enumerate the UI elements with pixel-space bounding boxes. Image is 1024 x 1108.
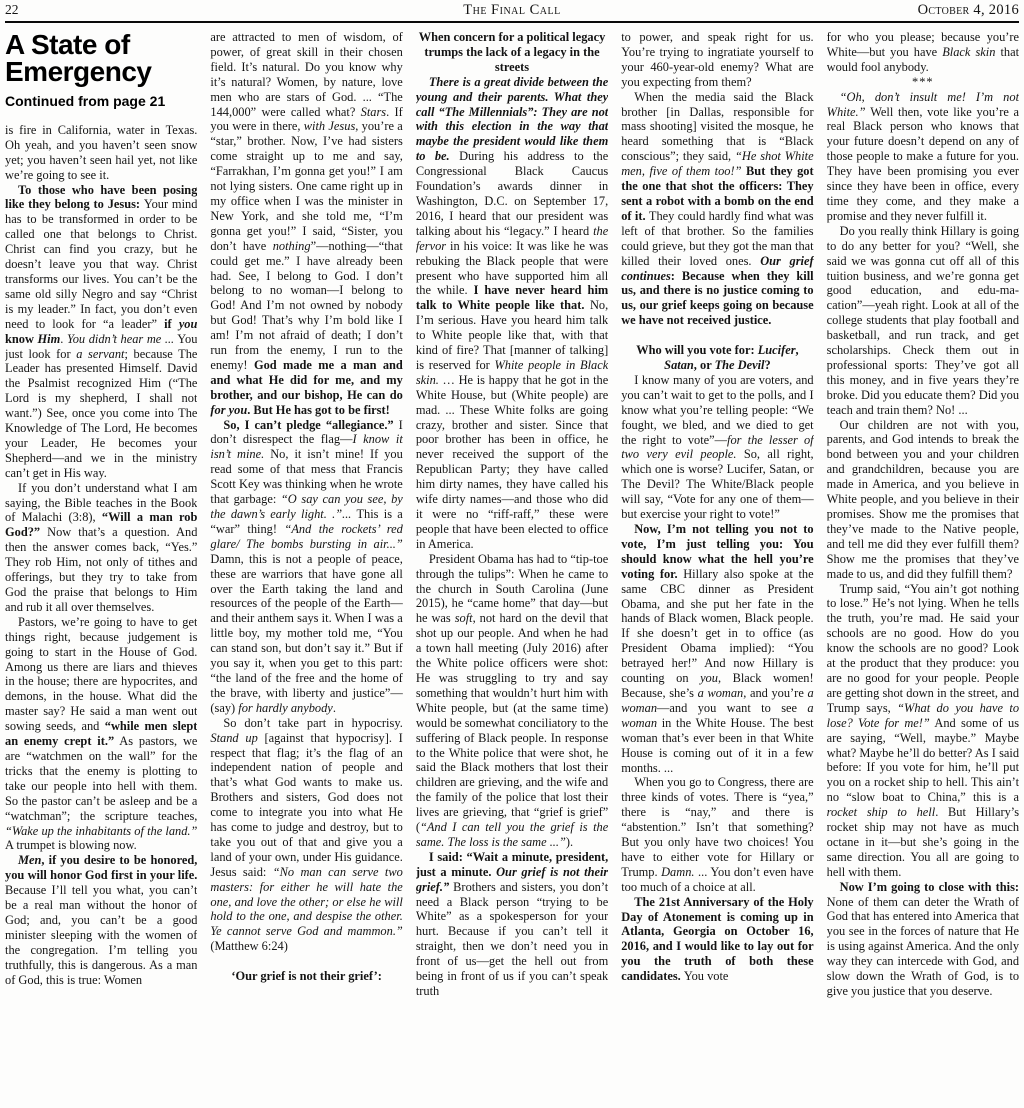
text-run: Pastors, we’re going to have to get thin…: [5, 615, 197, 733]
text-run: , you’re a “star,” brother. Now, I’ve ha…: [210, 119, 402, 252]
column-1: A State of Emergency Continued from page…: [5, 30, 197, 1108]
column-4: to power, and speak right for us. You’re…: [621, 30, 813, 1108]
text-run: ,: [796, 343, 799, 357]
text-run: with Jesus: [304, 119, 355, 133]
paragraph: Pastors, we’re going to have to get thin…: [5, 615, 197, 854]
text-run: .: [60, 332, 67, 346]
text-run: , or: [694, 358, 715, 372]
text-run: The Devil: [715, 358, 765, 372]
paragraph: So, I can’t pledge “allegiance.” I don’t…: [210, 418, 402, 716]
text-run: a servant: [76, 347, 124, 361]
continued-from-note: Continued from page 21: [5, 94, 197, 109]
section-heading: When concern for a political legacy trum…: [416, 30, 608, 75]
paragraph: When you go to Congress, there are three…: [621, 775, 813, 894]
page-header: 22 The Final Call October 4, 2016: [5, 2, 1019, 23]
text-run: When concern for a political legacy trum…: [419, 30, 606, 74]
text-run: a woman: [698, 686, 744, 700]
column-3: When concern for a political legacy trum…: [416, 30, 608, 1108]
section-heading: ‘Our grief is not their grief’:: [210, 969, 402, 984]
paragraph: Men, if you desire to be honored, you wi…: [5, 853, 197, 987]
text-run: ‘Our grief is not their grief’:: [231, 969, 382, 983]
text-run: Brothers and sisters, you don’t need a B…: [416, 880, 608, 998]
paragraph: Trump said, “You ain’t got nothing to lo…: [827, 582, 1019, 880]
section-heading: Who will you vote for: Lucifer, Satan, o…: [621, 343, 813, 373]
paragraph: The 21st Anniversary of the Holy Day of …: [621, 895, 813, 984]
paragraph: I know many of you are voters, and you c…: [621, 373, 813, 522]
text-run: None of them can deter the Wrath of God …: [827, 895, 1019, 998]
text-run: if: [164, 317, 179, 331]
text-run: ***: [912, 75, 934, 89]
paragraph: I said: “Wait a minute, president, just …: [416, 850, 608, 999]
text-run: Men: [18, 853, 41, 867]
section-divider: ***: [827, 75, 1019, 90]
text-run: for hardly anybody: [238, 701, 333, 715]
text-run: ).: [566, 835, 573, 849]
text-run: Damn, this is not a people of peace, the…: [210, 552, 402, 715]
text-run: Your mind has to be transformed in order…: [5, 197, 197, 330]
text-run: ?: [764, 358, 770, 372]
text-run: Who will you vote for:: [636, 343, 758, 357]
text-run: ; because The Leader has presented Himse…: [5, 347, 197, 480]
text-run: to power, and speak right for us. You’re…: [621, 30, 813, 89]
issue-date: October 4, 2016: [766, 2, 1020, 19]
text-run: Black skin: [942, 45, 995, 59]
text-run: you: [700, 671, 718, 685]
text-run: Well then, vote like you’re a real Black…: [827, 105, 1019, 223]
text-run: So, I can’t pledge “allegiance.”: [223, 418, 398, 432]
text-run: When you go to Congress, there are three…: [621, 775, 813, 878]
paragraph: are attracted to men of wisdom, of power…: [210, 30, 402, 418]
paragraph: Now, I’m not telling you not to vote, I’…: [621, 522, 813, 775]
text-run: … He is happy that he got in the White H…: [416, 373, 608, 551]
paragraph: Now I’m going to close with this: None o…: [827, 880, 1019, 999]
text-run: “Wake up the inhabitants of the land.”: [5, 824, 197, 838]
text-run: is fire in California, water in Texas. O…: [5, 123, 197, 182]
article-columns: A State of Emergency Continued from page…: [5, 30, 1019, 1108]
page-number: 22: [5, 2, 259, 18]
paragraph: is fire in California, water in Texas. O…: [5, 123, 197, 183]
text-run: “And I can tell you the grief is the sam…: [416, 820, 608, 849]
text-run: , and you’re: [743, 686, 807, 700]
text-run: rocket ship to hell: [827, 805, 936, 819]
text-run: So don’t take part in hypocrisy.: [223, 716, 402, 730]
text-run: [against that hypocrisy]. I respect that…: [210, 731, 402, 879]
text-run: Stand up: [210, 731, 257, 745]
paragraph: “Oh, don’t insult me! I’m not White.” We…: [827, 90, 1019, 224]
text-run: You vote: [684, 969, 729, 983]
text-run: Our children are not with you, parents, …: [827, 418, 1019, 581]
text-run: nothing: [273, 239, 311, 253]
paragraph: To those who have been posing like they …: [5, 183, 197, 481]
column-2: are attracted to men of wisdom, of power…: [210, 30, 402, 1108]
text-run: ”—nothing—“that could get me.” I have al…: [210, 239, 402, 372]
paragraph: for who you please; because you’re White…: [827, 30, 1019, 75]
text-run: , not hard on the devil that shot up our…: [416, 611, 608, 834]
newspaper-page: 22 The Final Call October 4, 2016 A Stat…: [0, 0, 1024, 1108]
text-run: Now I’m going to close with this:: [840, 880, 1019, 894]
text-run: for you: [210, 403, 247, 417]
masthead-title: The Final Call: [259, 2, 766, 19]
text-run: You didn’t hear me ...: [67, 332, 174, 346]
text-run: Because I’ll tell you what, you can’t be…: [5, 883, 197, 986]
text-run: Him: [38, 332, 61, 346]
paragraph: So don’t take part in hypocrisy. Stand u…: [210, 716, 402, 955]
text-run: Damn.: [661, 865, 694, 879]
text-run: soft: [455, 611, 473, 625]
article-headline: A State of Emergency: [5, 31, 197, 85]
text-run: . But He has got to be first!: [247, 403, 389, 417]
paragraph: There is a great divide between the youn…: [416, 75, 608, 552]
text-run: Trump said, “You ain’t got nothing to lo…: [827, 582, 1019, 715]
paragraph: If you don’t understand what I am saying…: [5, 481, 197, 615]
text-run: Lucifer: [758, 343, 796, 357]
paragraph: When the media said the Black brother [i…: [621, 90, 813, 329]
column-5: for who you please; because you’re White…: [827, 30, 1019, 1108]
text-run: A trumpet is blowing now.: [5, 838, 137, 852]
text-run: Do you really think Hillary is going to …: [827, 224, 1019, 417]
text-run: Hillary also spoke at the same CBC dinne…: [621, 567, 813, 685]
paragraph: Do you really think Hillary is going to …: [827, 224, 1019, 418]
text-run: —and you want to see: [657, 701, 807, 715]
text-run: (Matthew 6:24): [210, 939, 287, 953]
text-run: .: [333, 701, 336, 715]
text-run: you: [179, 317, 198, 331]
paragraph: Our children are not with you, parents, …: [827, 418, 1019, 582]
text-run: Satan: [664, 358, 694, 372]
paragraph: to power, and speak right for us. You’re…: [621, 30, 813, 90]
paragraph: President Obama has had to “tip-toe thro…: [416, 552, 608, 850]
text-run: know: [5, 332, 38, 346]
text-run: Stars: [361, 105, 386, 119]
